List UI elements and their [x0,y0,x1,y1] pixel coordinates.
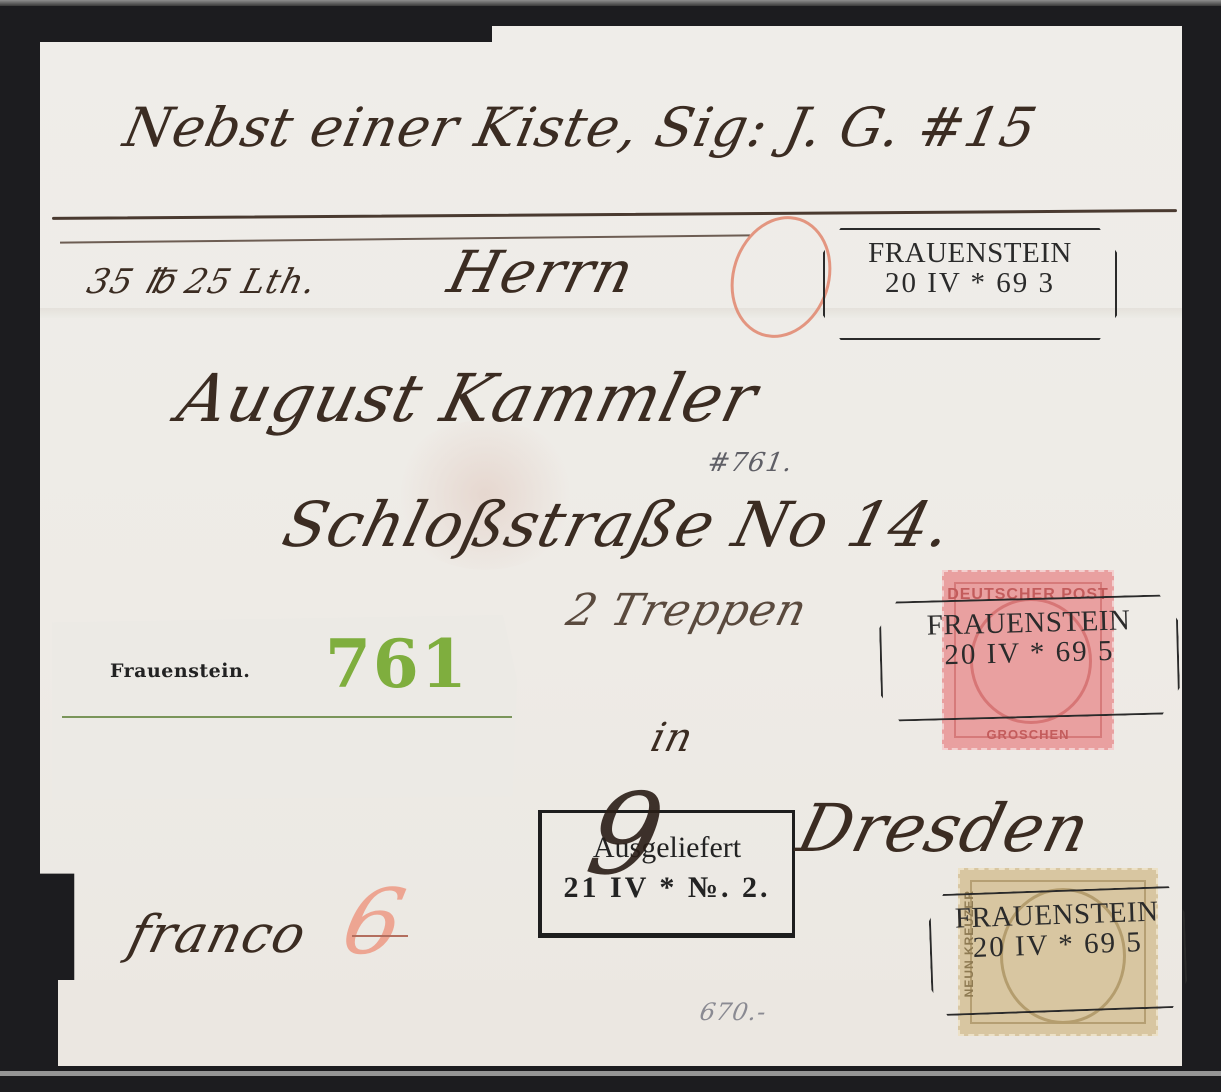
postmark-date: 20 IV * 69 5 [882,635,1178,673]
delivery-text: Ausgeliefert [542,831,792,865]
postmark-town: FRAUENSTEIN [825,238,1115,268]
stamp-bottom-text: GROSCHEN [944,727,1112,742]
weight-note: 35 ℔ 25 Lth. [83,262,321,302]
pencil-reference: #761. [705,448,795,478]
frame-top-edge [0,0,1221,6]
salutation: Herrn [442,238,642,306]
postmark-frauenstein-2: FRAUENSTEIN 20 IV * 69 5 [878,594,1180,722]
postmark-frauenstein-3: FRAUENSTEIN 20 IV * 69 5 [928,886,1188,1017]
postmark-date: 20 IV * 69 3 [825,268,1115,298]
franco-note: franco [123,905,313,965]
street-address: Schloßstraße No 14. [276,488,960,561]
label-town: Frauenstein. [110,660,250,682]
pencil-price: 670.- [698,998,769,1026]
contents-note: Nebst einer Kiste, Sig: J. G. #15 [118,96,1042,159]
label-number: 761 [325,625,469,703]
label-rule [62,716,512,718]
addressee-name: August Kammler [170,360,765,437]
destination-city: Dresden [790,790,1097,867]
delivery-postmark: Ausgeliefert 21 IV * №. 2. [538,810,795,938]
floor-note: 2 Treppen [562,585,813,636]
postmark-frauenstein-1: FRAUENSTEIN 20 IV * 69 3 [823,228,1117,340]
frame-bottom-edge [0,1071,1221,1076]
red-dash [352,935,408,937]
